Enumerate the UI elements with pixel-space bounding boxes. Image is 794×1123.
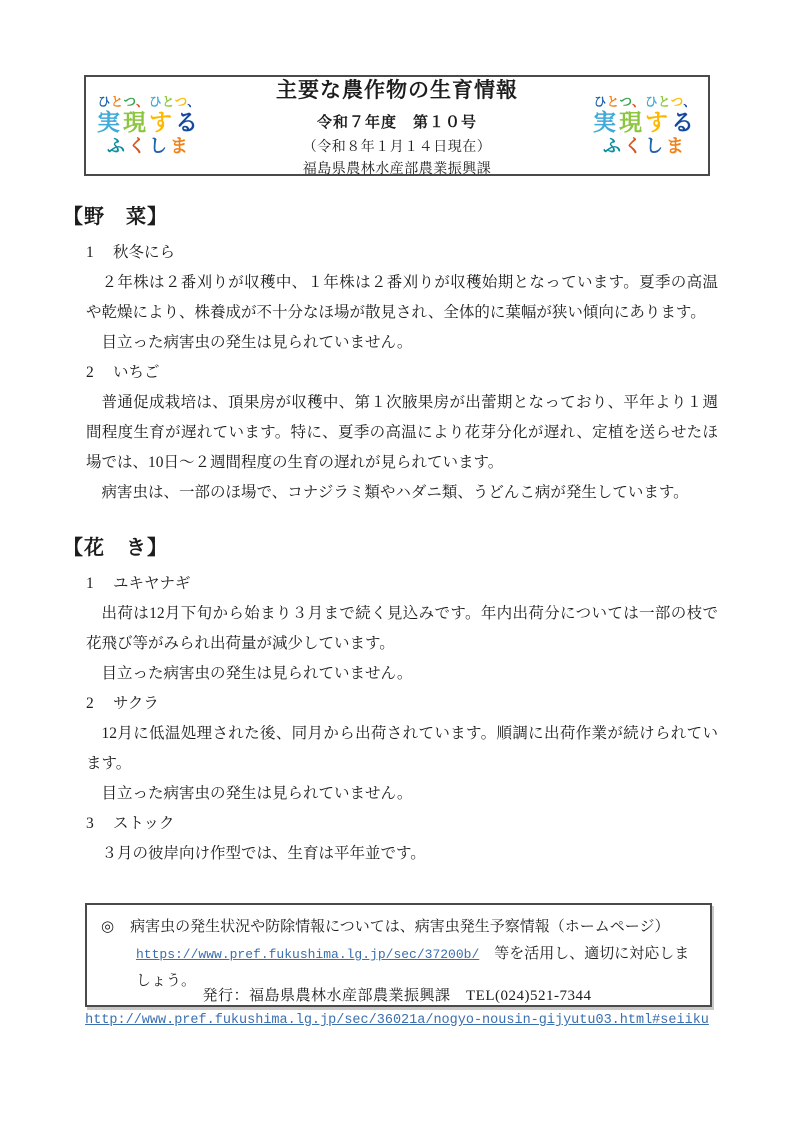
item-number: 3 [86, 809, 113, 839]
item-paragraph: 普通促成栽培は、頂果房が収穫中、第１次腋果房が出蕾期となっており、平年より１週間… [86, 388, 718, 478]
logo-line: 実現する [588, 110, 702, 136]
item-title: 1ユキヤナギ [86, 569, 718, 599]
notice-line-1: ◎病害虫の発生状況や防除情報については、病害虫発生予察情報（ホームページ） [101, 914, 700, 941]
logo-line: ふくしま [92, 136, 206, 156]
item-paragraph: 出荷は12月下旬から始まり３月まで続く見込みです。年内出荷分については一部の枝で… [86, 599, 718, 659]
item-name: ユキヤナギ [113, 575, 191, 592]
item-paragraph: 目立った病害虫の発生は見られていません。 [86, 659, 718, 689]
item-title: 2いちご [86, 358, 718, 388]
item-name: ストック [113, 815, 175, 832]
publisher-line: 発行：福島県農林水産部農業振興課 TEL(024)521-7344 [0, 984, 794, 1005]
item-name: いちご [113, 364, 160, 381]
item-number: 2 [86, 358, 113, 388]
item-paragraph: 目立った病害虫の発生は見られていません。 [86, 779, 718, 809]
fukushima-slogan-logo-right: ひとつ、ひとつ、実現するふくしま [588, 95, 702, 157]
section-heading: 【花 き】 [63, 531, 718, 560]
item-number: 1 [86, 569, 113, 599]
item-number: 1 [86, 238, 113, 268]
header-title-block: 主要な農作物の生育情報 令和７年度 第１０号 （令和８年１月１４日現在） 福島県… [206, 74, 588, 178]
header-box: ひとつ、ひとつ、実現するふくしま 主要な農作物の生育情報 令和７年度 第１０号 … [84, 75, 710, 176]
item-title: 1秋冬にら [86, 238, 718, 268]
item-name: サクラ [113, 695, 159, 712]
document-title: 主要な農作物の生育情報 [206, 74, 588, 104]
item-number: 2 [86, 689, 113, 719]
as-of-date: （令和８年１月１４日現在） [206, 136, 588, 156]
item-paragraph: 12月に低温処理された後、同月から出荷されています。順調に出荷作業が続けられてい… [86, 719, 718, 779]
issue-number: 令和７年度 第１０号 [206, 111, 588, 132]
notice-text: 病害虫の発生状況や防除情報については、病害虫発生予察情報（ホームページ） [130, 919, 669, 935]
section: 【野 菜】1秋冬にら２年株は２番刈りが収穫中、１年株は２番刈りが収穫始期となって… [86, 200, 718, 508]
item-title: 3ストック [86, 809, 718, 839]
logo-line: ふくしま [588, 136, 702, 156]
fukushima-slogan-logo-left: ひとつ、ひとつ、実現するふくしま [92, 95, 206, 157]
logo-line: ひとつ、ひとつ、 [588, 95, 702, 109]
document-page: ひとつ、ひとつ、実現するふくしま 主要な農作物の生育情報 令和７年度 第１０号 … [0, 0, 794, 1123]
pest-forecast-link[interactable]: https://www.pref.fukushima.lg.jp/sec/372… [136, 947, 479, 962]
item-title: 2サクラ [86, 689, 718, 719]
section: 【花 き】1ユキヤナギ出荷は12月下旬から始まり３月まで続く見込みです。年内出荷… [86, 531, 718, 869]
issuing-organization: 福島県農林水産部農業振興課 [206, 158, 588, 178]
double-circle-bullet: ◎ [101, 919, 114, 935]
logo-line: 実現する [92, 110, 206, 136]
growth-info-page-link[interactable]: http://www.pref.fukushima.lg.jp/sec/3602… [0, 1013, 794, 1028]
logo-line: ひとつ、ひとつ、 [92, 95, 206, 109]
item-paragraph: 病害虫は、一部のほ場で、コナジラミ類やハダニ類、うどんこ病が発生しています。 [86, 478, 718, 508]
item-paragraph: ２年株は２番刈りが収穫中、１年株は２番刈りが収穫始期となっています。夏季の高温や… [86, 268, 718, 328]
section-heading: 【野 菜】 [63, 200, 718, 229]
item-paragraph: 目立った病害虫の発生は見られていません。 [86, 328, 718, 358]
report-body: 【野 菜】1秋冬にら２年株は２番刈りが収穫中、１年株は２番刈りが収穫始期となって… [86, 200, 718, 869]
item-name: 秋冬にら [113, 244, 175, 261]
item-paragraph: ３月の彼岸向け作型では、生育は平年並です。 [86, 839, 718, 869]
